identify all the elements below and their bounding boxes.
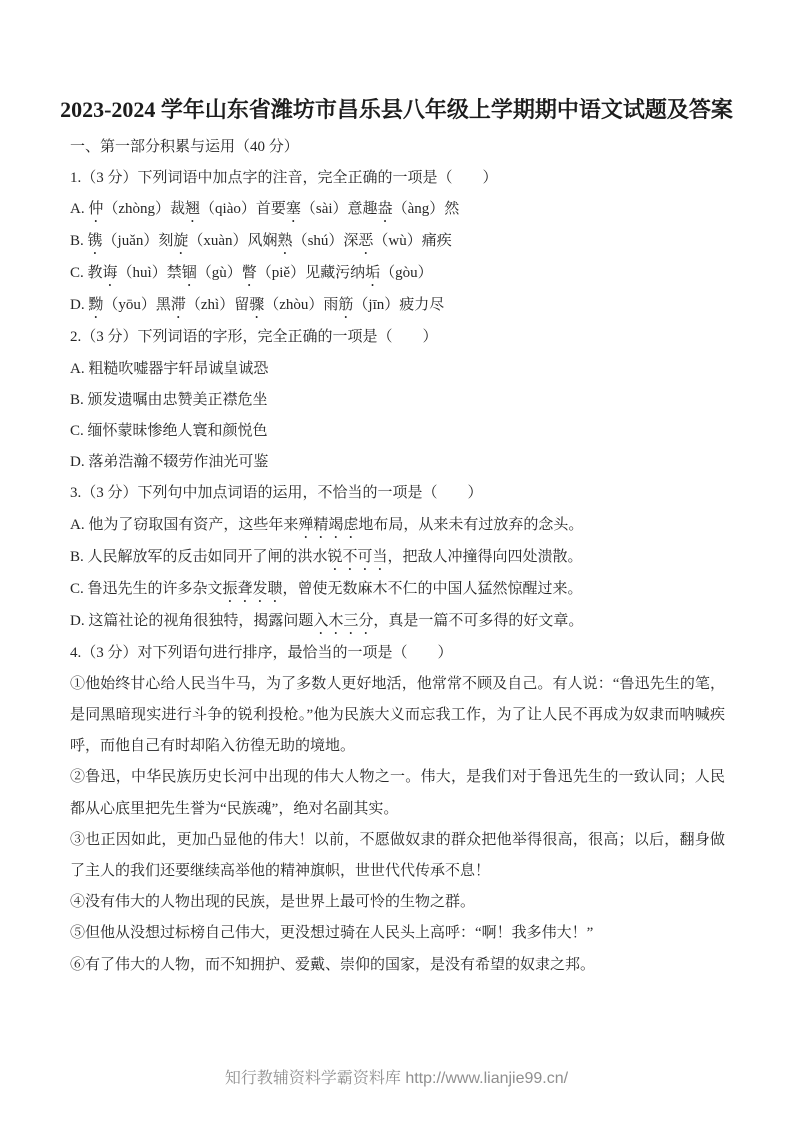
question-1-option-d: D. 黝（yōu）黑滞（zhì）留骤（zhòu）雨筋（jīn）疲力尽	[70, 290, 725, 322]
question-2: 2.（3 分）下列词语的字形，完全正确的一项是（ ） A. 粗糙吹嘘器宇轩昂诚皇…	[70, 322, 725, 478]
question-4-sentence-3: ③也正因如此，更加凸显他的伟大！以前，不愿做奴隶的群众把他举得很高，很高；以后，…	[70, 825, 725, 887]
question-4-sentence-6: ⑥有了伟大的人物，而不知拥护、爱戴、崇仰的国家，是没有希望的奴隶之邦。	[70, 950, 725, 981]
section-heading: 一、第一部分积累与运用（40 分）	[70, 132, 725, 163]
question-2-option-b: B. 颁发遗嘱由忠赞美正襟危坐	[70, 385, 725, 416]
question-3-option-a: A. 他为了窃取国有资产，这些年来殚精竭虑地布局，从来未有过放弃的念头。	[70, 510, 725, 542]
question-1-option-b: B. 镌（juǎn）刻旋（xuàn）风娴熟（shú）深恶（wù）痛疾	[70, 226, 725, 258]
question-1: 1.（3 分）下列词语中加点字的注音，完全正确的一项是（ ） A. 仲（zhòn…	[70, 163, 725, 322]
question-3-stem: 3.（3 分）下列句中加点词语的运用，不恰当的一项是（ ）	[70, 478, 725, 509]
question-3-option-b: B. 人民解放军的反击如同开了闸的洪水锐不可当，把敌人冲撞得向四处溃散。	[70, 542, 725, 574]
question-2-stem: 2.（3 分）下列词语的字形，完全正确的一项是（ ）	[70, 322, 725, 353]
question-3: 3.（3 分）下列句中加点词语的运用，不恰当的一项是（ ） A. 他为了窃取国有…	[70, 478, 725, 637]
question-3-option-d: D. 这篇社论的视角很独特，揭露问题入木三分，真是一篇不可多得的好文章。	[70, 606, 725, 638]
question-4-sentence-5: ⑤但他从没想过标榜自己伟大，更没想过骑在人民头上高呼：“啊！我多伟大！”	[70, 918, 725, 949]
question-3-option-c: C. 鲁迅先生的许多杂文振聋发聩，曾使无数麻木不仁的中国人猛然惊醒过来。	[70, 574, 725, 606]
question-4-stem: 4.（3 分）对下列语句进行排序，最恰当的一项是（ ）	[70, 638, 725, 669]
exam-body: 一、第一部分积累与运用（40 分） 1.（3 分）下列词语中加点字的注音，完全正…	[70, 132, 725, 981]
question-2-option-c: C. 缅怀蒙昧惨绝人寰和颜悦色	[70, 416, 725, 447]
question-4: 4.（3 分）对下列语句进行排序，最恰当的一项是（ ） ①他始终甘心给人民当牛马…	[70, 638, 725, 981]
question-4-sentence-1: ①他始终甘心给人民当牛马，为了多数人更好地活，他常常不顾及自己。有人说：“鲁迅先…	[70, 669, 725, 763]
page-title: 2023-2024 学年山东省潍坊市昌乐县八年级上学期期中语文试题及答案	[50, 88, 743, 132]
question-1-option-c: C. 教诲（huì）禁锢（gù）瞥（piě）见藏污纳垢（gòu）	[70, 258, 725, 290]
footer-watermark: 知行教辅资料学霸资料库 http://www.lianjie99.cn/	[0, 1066, 793, 1092]
question-1-option-a: A. 仲（zhòng）裁翘（qiào）首要塞（sài）意趣盎（àng）然	[70, 194, 725, 226]
question-2-option-d: D. 落弟浩瀚不辍劳作油光可鉴	[70, 447, 725, 478]
exam-page: 2023-2024 学年山东省潍坊市昌乐县八年级上学期期中语文试题及答案 一、第…	[0, 88, 793, 981]
question-4-sentence-4: ④没有伟大的人物出现的民族，是世界上最可怜的生物之群。	[70, 887, 725, 918]
question-2-option-a: A. 粗糙吹嘘器宇轩昂诚皇诚恐	[70, 354, 725, 385]
question-4-sentence-2: ②鲁迅，中华民族历史长河中出现的伟大人物之一。伟大，是我们对于鲁迅先生的一致认同…	[70, 762, 725, 824]
question-1-stem: 1.（3 分）下列词语中加点字的注音，完全正确的一项是（ ）	[70, 163, 725, 194]
